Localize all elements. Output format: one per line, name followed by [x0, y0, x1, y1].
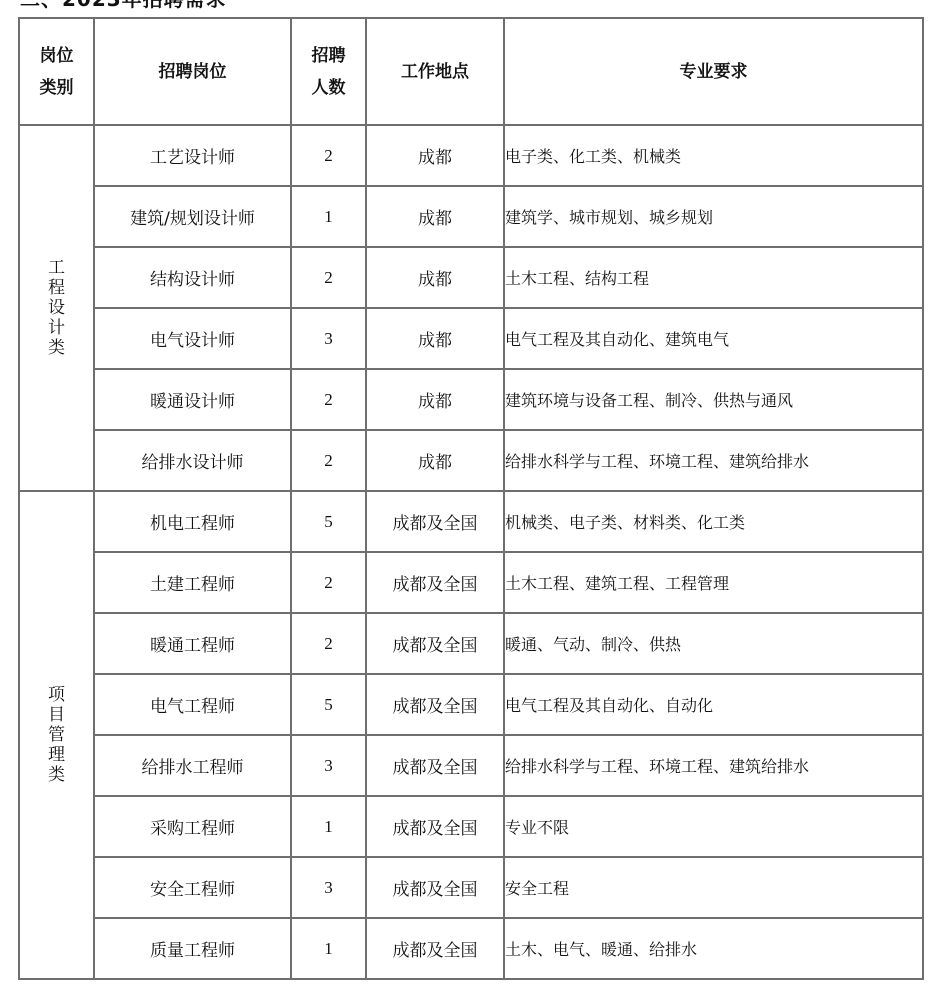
requirement-cell: 建筑学、城市规划、城乡规划: [504, 186, 923, 247]
position-cell: 暖通工程师: [94, 613, 291, 674]
count-cell: 2: [291, 247, 366, 308]
location-cell: 成都及全国: [366, 552, 504, 613]
position-text: 给排水工程师: [142, 758, 244, 778]
requirement-text: 给排水科学与工程、环境工程、建筑给排水: [505, 757, 809, 776]
count-cell: 3: [291, 857, 366, 918]
location-cell: 成都及全国: [366, 491, 504, 552]
requirement-text: 土木工程、结构工程: [505, 269, 649, 288]
count-cell: 2: [291, 430, 366, 491]
count-cell: 2: [291, 613, 366, 674]
position-text: 给排水设计师: [142, 453, 244, 473]
count-text: 2: [324, 146, 333, 165]
count-cell: 2: [291, 369, 366, 430]
position-cell: 采购工程师: [94, 796, 291, 857]
position-cell: 质量工程师: [94, 918, 291, 979]
count-text: 1: [324, 207, 333, 226]
position-cell: 建筑/规划设计师: [94, 186, 291, 247]
location-cell: 成都及全国: [366, 857, 504, 918]
recruitment-table: 岗位类别 招聘岗位 招聘人数 工作地点 专业要求 工程设计类工艺设计师2成都电子…: [18, 17, 924, 980]
requirement-text: 土木工程、建筑工程、工程管理: [505, 574, 729, 593]
requirement-text: 电气工程及其自动化、建筑电气: [505, 330, 729, 349]
table-row: 给排水工程师3成都及全国给排水科学与工程、环境工程、建筑给排水: [19, 735, 923, 796]
count-text: 3: [324, 756, 333, 775]
position-cell: 暖通设计师: [94, 369, 291, 430]
location-text: 成都: [418, 331, 452, 351]
position-cell: 给排水设计师: [94, 430, 291, 491]
position-text: 工艺设计师: [150, 148, 235, 168]
count-text: 1: [324, 939, 333, 958]
position-text: 采购工程师: [150, 819, 235, 839]
position-text: 暖通设计师: [150, 392, 235, 412]
count-cell: 5: [291, 674, 366, 735]
count-text: 2: [324, 451, 333, 470]
table-row: 电气设计师3成都电气工程及其自动化、建筑电气: [19, 308, 923, 369]
count-text: 2: [324, 634, 333, 653]
location-text: 成都及全国: [393, 575, 478, 595]
count-cell: 3: [291, 735, 366, 796]
position-text: 电气设计师: [150, 331, 235, 351]
position-text: 机电工程师: [150, 514, 235, 534]
requirement-text: 电子类、化工类、机械类: [505, 147, 681, 166]
table-row: 工程设计类工艺设计师2成都电子类、化工类、机械类: [19, 125, 923, 186]
position-text: 暖通工程师: [150, 636, 235, 656]
position-text: 安全工程师: [150, 880, 235, 900]
requirement-text: 建筑环境与设备工程、制冷、供热与通风: [505, 391, 793, 410]
table-row: 采购工程师1成都及全国专业不限: [19, 796, 923, 857]
count-cell: 1: [291, 918, 366, 979]
table-row: 给排水设计师2成都给排水科学与工程、环境工程、建筑给排水: [19, 430, 923, 491]
count-text: 5: [324, 512, 333, 531]
requirement-cell: 土木工程、结构工程: [504, 247, 923, 308]
requirement-cell: 专业不限: [504, 796, 923, 857]
header-location: 工作地点: [366, 18, 504, 125]
position-cell: 电气设计师: [94, 308, 291, 369]
requirement-cell: 电子类、化工类、机械类: [504, 125, 923, 186]
location-text: 成都及全国: [393, 941, 478, 961]
count-cell: 2: [291, 552, 366, 613]
count-text: 2: [324, 390, 333, 409]
section-title: 二、2023年招聘需求: [20, 0, 227, 13]
position-cell: 电气工程师: [94, 674, 291, 735]
requirement-text: 安全工程: [505, 879, 569, 898]
position-cell: 安全工程师: [94, 857, 291, 918]
requirement-cell: 建筑环境与设备工程、制冷、供热与通风: [504, 369, 923, 430]
category-label: 工程设计类: [48, 258, 66, 358]
requirement-cell: 给排水科学与工程、环境工程、建筑给排水: [504, 735, 923, 796]
requirement-cell: 机械类、电子类、材料类、化工类: [504, 491, 923, 552]
table-row: 建筑/规划设计师1成都建筑学、城市规划、城乡规划: [19, 186, 923, 247]
table-row: 暖通设计师2成都建筑环境与设备工程、制冷、供热与通风: [19, 369, 923, 430]
location-cell: 成都: [366, 308, 504, 369]
header-count-label: 招聘人数: [309, 40, 349, 104]
table-row: 电气工程师5成都及全国电气工程及其自动化、自动化: [19, 674, 923, 735]
count-text: 3: [324, 878, 333, 897]
location-cell: 成都及全国: [366, 674, 504, 735]
location-cell: 成都: [366, 125, 504, 186]
count-cell: 1: [291, 796, 366, 857]
count-text: 3: [324, 329, 333, 348]
header-requirement: 专业要求: [504, 18, 923, 125]
location-text: 成都: [418, 209, 452, 229]
requirement-cell: 给排水科学与工程、环境工程、建筑给排水: [504, 430, 923, 491]
requirement-text: 机械类、电子类、材料类、化工类: [505, 513, 745, 532]
count-text: 2: [324, 573, 333, 592]
location-cell: 成都及全国: [366, 613, 504, 674]
count-cell: 3: [291, 308, 366, 369]
table-row: 土建工程师2成都及全国土木工程、建筑工程、工程管理: [19, 552, 923, 613]
requirement-cell: 暖通、气动、制冷、供热: [504, 613, 923, 674]
table-row: 结构设计师2成都土木工程、结构工程: [19, 247, 923, 308]
count-text: 2: [324, 268, 333, 287]
requirement-cell: 电气工程及其自动化、建筑电气: [504, 308, 923, 369]
table-header-row: 岗位类别 招聘岗位 招聘人数 工作地点 专业要求: [19, 18, 923, 125]
location-text: 成都及全国: [393, 819, 478, 839]
location-cell: 成都: [366, 369, 504, 430]
position-cell: 给排水工程师: [94, 735, 291, 796]
position-cell: 机电工程师: [94, 491, 291, 552]
location-text: 成都: [418, 148, 452, 168]
location-cell: 成都: [366, 430, 504, 491]
count-text: 5: [324, 695, 333, 714]
location-text: 成都及全国: [393, 697, 478, 717]
requirement-text: 给排水科学与工程、环境工程、建筑给排水: [505, 452, 809, 471]
count-text: 1: [324, 817, 333, 836]
location-text: 成都及全国: [393, 636, 478, 656]
location-cell: 成都: [366, 186, 504, 247]
requirement-cell: 土木、电气、暖通、给排水: [504, 918, 923, 979]
table-row: 质量工程师1成都及全国土木、电气、暖通、给排水: [19, 918, 923, 979]
count-cell: 1: [291, 186, 366, 247]
location-text: 成都: [418, 392, 452, 412]
count-cell: 5: [291, 491, 366, 552]
table-row: 项目管理类机电工程师5成都及全国机械类、电子类、材料类、化工类: [19, 491, 923, 552]
requirement-text: 建筑学、城市规划、城乡规划: [505, 208, 713, 227]
position-cell: 土建工程师: [94, 552, 291, 613]
requirement-cell: 安全工程: [504, 857, 923, 918]
position-text: 结构设计师: [150, 270, 235, 290]
count-cell: 2: [291, 125, 366, 186]
location-text: 成都及全国: [393, 514, 478, 534]
location-cell: 成都及全国: [366, 735, 504, 796]
location-cell: 成都及全国: [366, 918, 504, 979]
header-category-label: 岗位类别: [37, 40, 77, 104]
position-cell: 结构设计师: [94, 247, 291, 308]
location-cell: 成都及全国: [366, 796, 504, 857]
position-text: 土建工程师: [150, 575, 235, 595]
category-label: 项目管理类: [48, 685, 66, 785]
location-text: 成都: [418, 453, 452, 473]
header-position: 招聘岗位: [94, 18, 291, 125]
header-count: 招聘人数: [291, 18, 366, 125]
category-cell: 工程设计类: [19, 125, 94, 491]
location-text: 成都及全国: [393, 880, 478, 900]
location-text: 成都: [418, 270, 452, 290]
table-row: 暖通工程师2成都及全国暖通、气动、制冷、供热: [19, 613, 923, 674]
requirement-text: 电气工程及其自动化、自动化: [505, 696, 713, 715]
requirement-text: 暖通、气动、制冷、供热: [505, 635, 681, 654]
requirement-cell: 土木工程、建筑工程、工程管理: [504, 552, 923, 613]
table-row: 安全工程师3成都及全国安全工程: [19, 857, 923, 918]
requirement-text: 专业不限: [505, 818, 569, 837]
position-text: 电气工程师: [150, 697, 235, 717]
header-category: 岗位类别: [19, 18, 94, 125]
requirement-text: 土木、电气、暖通、给排水: [505, 940, 697, 959]
position-cell: 工艺设计师: [94, 125, 291, 186]
location-cell: 成都: [366, 247, 504, 308]
position-text: 建筑/规划设计师: [130, 209, 255, 229]
requirement-cell: 电气工程及其自动化、自动化: [504, 674, 923, 735]
category-cell: 项目管理类: [19, 491, 94, 979]
position-text: 质量工程师: [150, 941, 235, 961]
location-text: 成都及全国: [393, 758, 478, 778]
